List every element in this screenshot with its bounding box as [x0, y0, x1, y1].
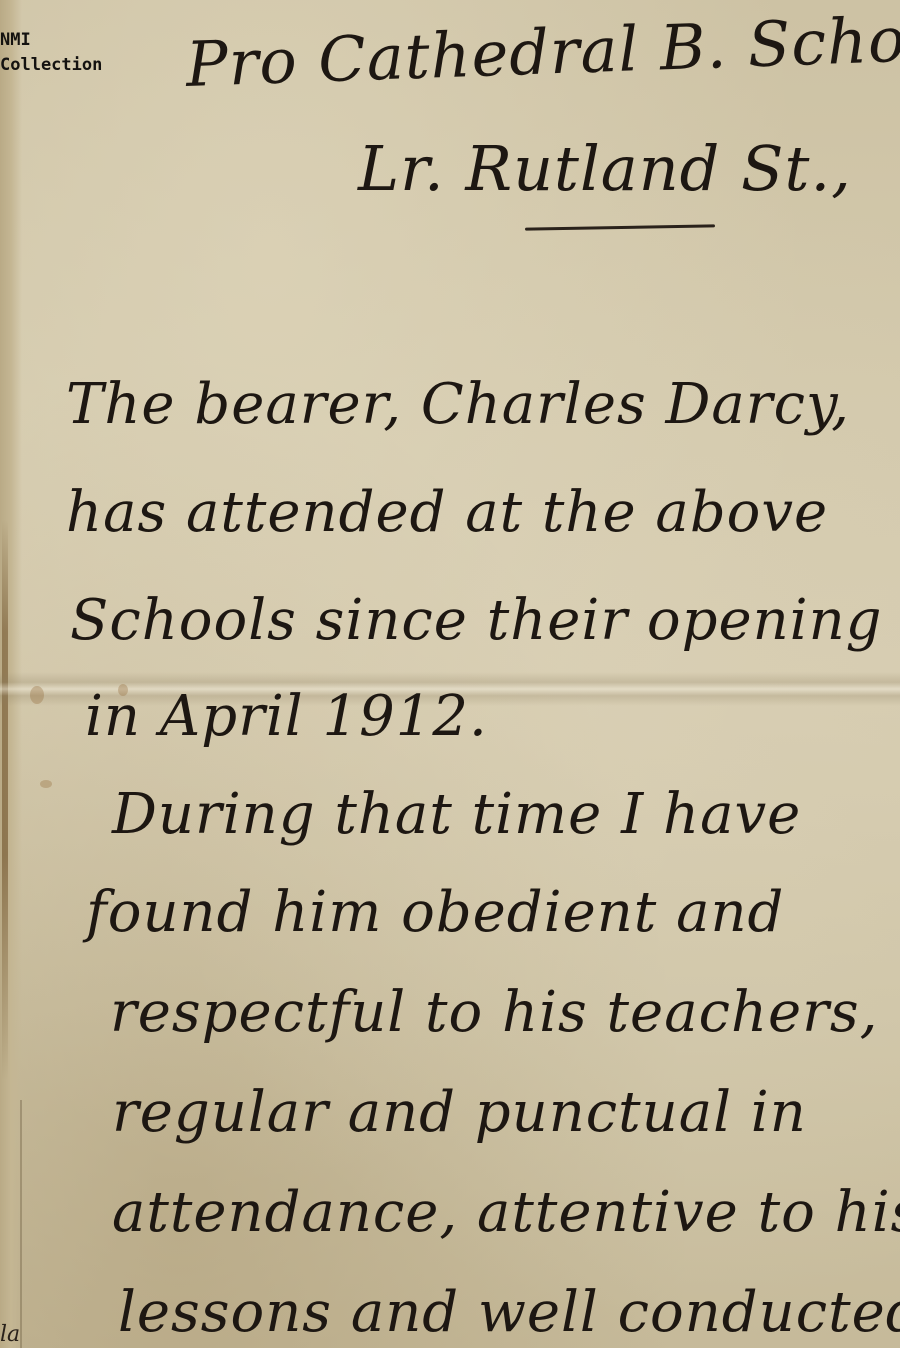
letter-line: regular and punctual in — [112, 1080, 807, 1145]
adjacent-page-fragment: la — [0, 1322, 20, 1347]
letter-line: in April 1912. — [85, 684, 488, 749]
letter-line: respectful to his teachers, — [110, 980, 878, 1045]
watermark-line-2: Collection — [0, 53, 102, 78]
watermark-line-1: NMI — [0, 28, 102, 53]
foxing-spot — [30, 686, 44, 704]
letter-line: has attended at the above — [66, 480, 828, 545]
letter-line: During that time I have — [112, 782, 801, 847]
letter-line: found him obedient and — [86, 880, 784, 945]
letter-line: attendance, attentive to his — [112, 1180, 900, 1245]
collection-watermark: NMI Collection — [0, 28, 102, 78]
letter-line: Schools since their opening — [70, 588, 882, 653]
letter-line: The bearer, Charles Darcy, — [66, 372, 850, 437]
letterhead-address: Lr. Rutland St., — [358, 132, 852, 205]
paper-fold-edge — [20, 1100, 22, 1348]
water-stain — [2, 520, 8, 1080]
foxing-spot — [40, 780, 52, 788]
letter-line: lessons and well conducted — [118, 1280, 900, 1345]
